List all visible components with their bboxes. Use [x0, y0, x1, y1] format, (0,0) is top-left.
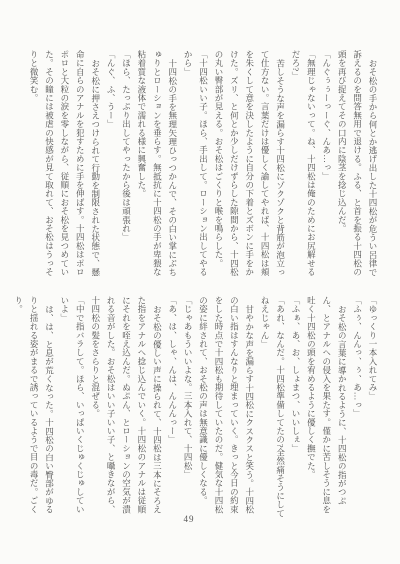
paragraph: 「じゃあもういいよな。三本入れて、十四松」 — [180, 296, 195, 518]
paragraph: 「あれ、なんだ。十四松準備してたの?全然痛そうにしてねえじゃん」 — [257, 296, 288, 518]
paragraph: 「中で指バラして。ほら、いっぱいくじゅくじゅしていいよ」 — [56, 296, 87, 518]
novel-page: おそ松の手から何とか逃げ出した十四松が危うい呂律で訴えるのを問答無用で退ける。ふ… — [0, 0, 400, 564]
paragraph: おそ松の手から何とか逃げ出した十四松が危うい呂律で訴えるのを問答無用で退ける。ふ… — [334, 50, 380, 278]
page-number: 49 — [0, 514, 378, 524]
paragraph: 甘やかな声を漏らす十四松にクスクスと笑う。十四松の白い指はすんなりと埋まっていく… — [195, 296, 257, 518]
paragraph: 「ふぁ、あ、お、しょまつ、いいしぇ」 — [288, 296, 303, 518]
paragraph: おそ松の言葉に導かれるように、十四松の指がつぷん、とアナルへの侵入を果たす。僅か… — [303, 296, 349, 518]
paragraph: 「んぐぅぅーっーぐ、んあ…っ」 — [318, 50, 333, 278]
text-band-lower: 「ゆっくり一本入れてみ」「ふぅ、んんっ、ぅ、あ…っ」おそ松の言葉に導かれるように… — [22, 296, 380, 518]
paragraph: は、は、と息が荒くなった。十四松の白い臀部がゆるりと揺れる姿がまるで誘っているよ… — [10, 296, 56, 518]
paragraph: 「十四松いい子。ほら、手出して。ローション出してやるから」 — [180, 50, 211, 278]
paragraph: 「ほら、たっぷり出してやったから後は頑張れ」 — [118, 50, 133, 278]
text-band-upper: おそ松の手から何とか逃げ出した十四松が危うい呂律で訴えるのを問答無用で退ける。ふ… — [22, 50, 380, 278]
paragraph: 「無理じゃないって。ね、十四松は俺のためにお尻解せるだろ?」 — [288, 50, 319, 278]
paragraph: おそ松に押さえつけられて行動を制限された状態で、懸命に自らのアナルを犯すために手… — [26, 50, 103, 278]
paragraph: おそ松の優しい声に操られて、十四松は三本にそろえた指をアナルへ捻じ込んでいく。十… — [87, 296, 164, 518]
paragraph: 「ゆっくり一本入れてみ」 — [365, 296, 380, 518]
paragraph: 苦しそうな声を漏らす十四松にゾクゾクと背筋が泡立って仕方ない。言葉だけは優しく諭… — [211, 50, 288, 278]
paragraph: 十四松の手を無理矢理ひっつかんで、その白い掌にぶちゅりとローションを垂らす。無抵… — [134, 50, 180, 278]
paragraph: 「ふぅ、んんっ、ぅ、あ…っ」 — [349, 296, 364, 518]
paragraph: 「あ、は、しゃ、んは、んんんっー」 — [164, 296, 179, 518]
paragraph: 「んぐ、ふ、うー」 — [103, 50, 118, 278]
